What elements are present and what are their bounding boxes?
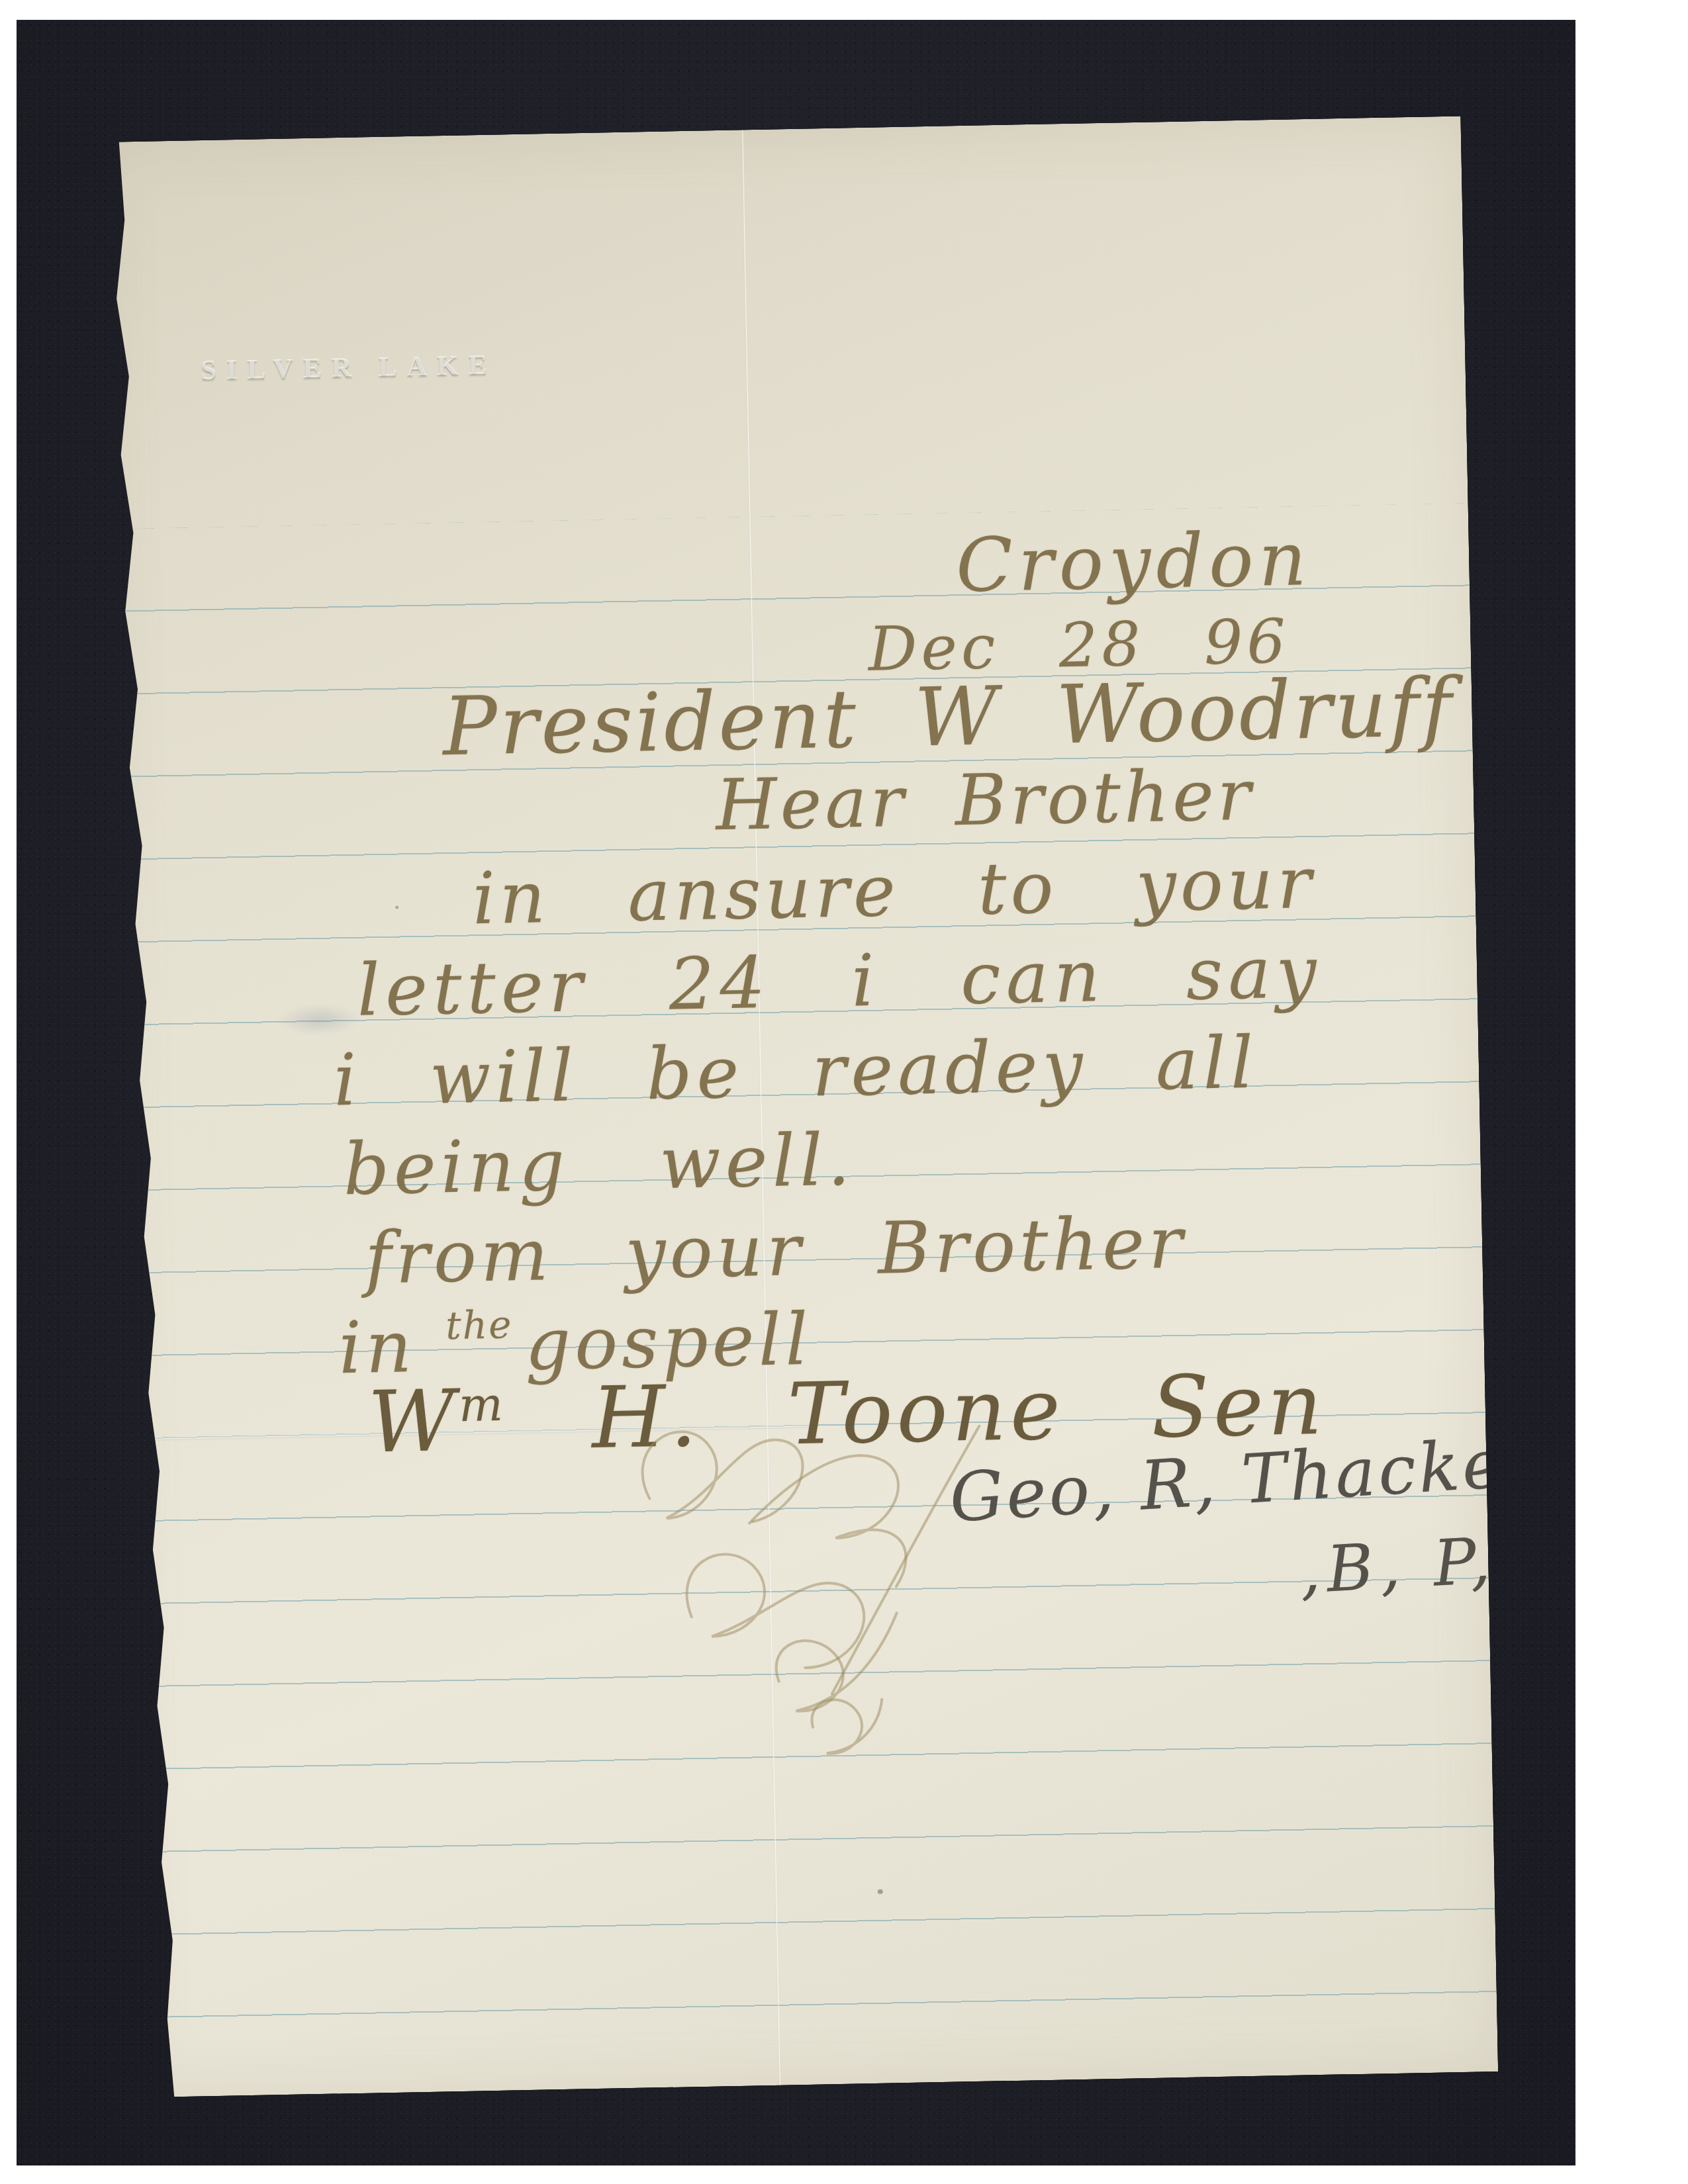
paper-speck xyxy=(395,906,399,909)
body-line-1: in ansure to your xyxy=(472,842,1316,940)
dark-felt-background: SILVER LAKE Croydon Dec 28 96 President … xyxy=(17,20,1575,2165)
embossed-stationery-stamp: SILVER LAKE xyxy=(201,350,497,388)
salutation-line: Hear Brother xyxy=(715,754,1255,846)
body-line-4: being well. xyxy=(343,1118,856,1211)
body-line-3: i will be readey all xyxy=(333,1022,1259,1122)
place-line: Croydon xyxy=(955,516,1313,609)
closing-line-1: from your Brother xyxy=(364,1202,1188,1300)
recipient-line: President W Woodruff xyxy=(442,660,1456,774)
attestation-initials: ,B, P, xyxy=(1298,1524,1499,1608)
signature-initial-w: W xyxy=(367,1372,460,1473)
scanned-letter-page: { "doc": { "stamp": "SILVER LAKE", "plac… xyxy=(0,0,1688,2184)
ink-smudge xyxy=(276,1003,363,1036)
signature-superscript-m: m xyxy=(458,1377,504,1432)
inserted-word-the: the xyxy=(445,1302,513,1348)
letter-sheet: SILVER LAKE Croydon Dec 28 96 President … xyxy=(97,116,1498,2097)
